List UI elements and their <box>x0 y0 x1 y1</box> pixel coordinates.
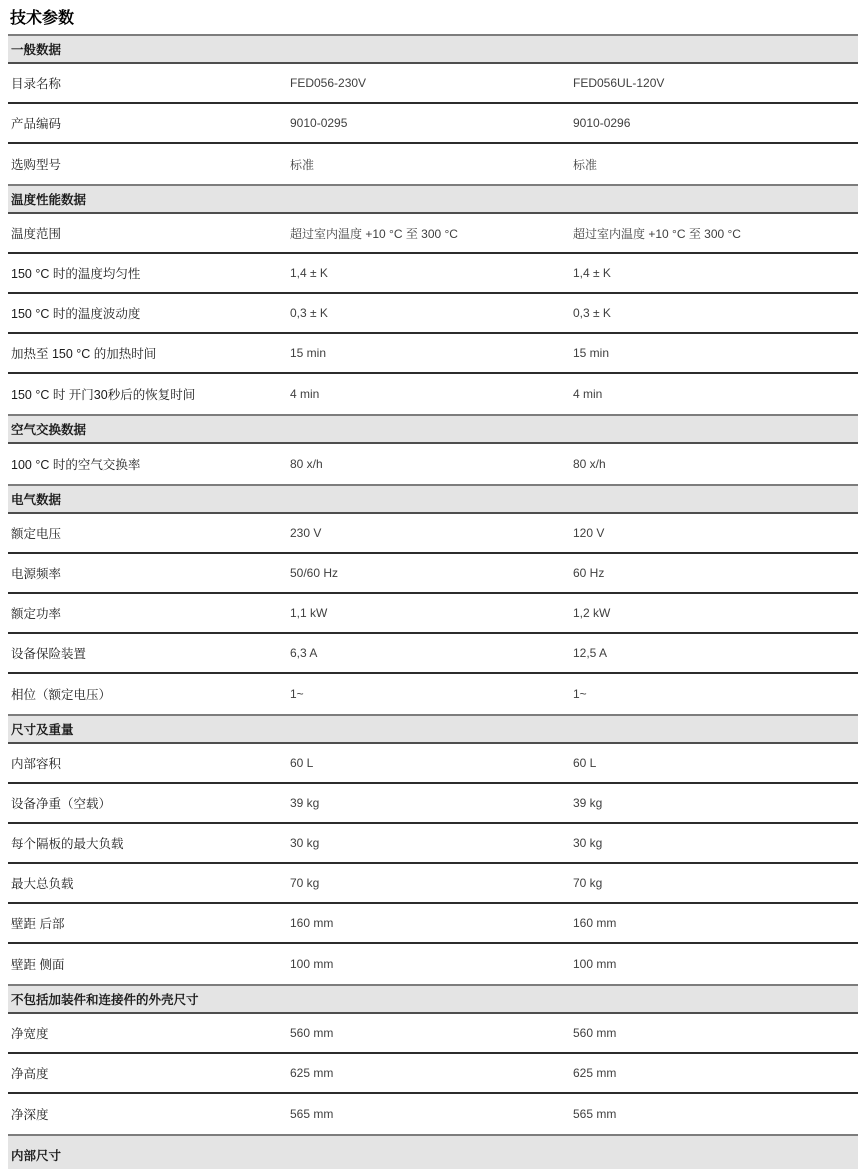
spec-label: 150 °C 时的温度均匀性 <box>8 264 290 282</box>
spec-row: 设备保险装置6,3 A12,5 A <box>8 634 858 674</box>
spec-section: 空气交换数据100 °C 时的空气交换率80 x/h80 x/h <box>8 414 858 484</box>
spec-label: 设备净重（空载） <box>8 794 290 812</box>
section-header: 不包括加装件和连接件的外壳尺寸 <box>8 984 858 1014</box>
spec-value-col2: 120 V <box>573 526 858 540</box>
page-title: 技术参数 <box>8 0 858 28</box>
spec-section: 尺寸及重量内部容积60 L60 L设备净重（空载）39 kg39 kg每个隔板的… <box>8 714 858 984</box>
section-header-label: 温度性能数据 <box>11 190 86 208</box>
spec-row: 电源频率50/60 Hz60 Hz <box>8 554 858 594</box>
section-header: 内部尺寸 <box>8 1134 858 1169</box>
spec-value-col2: 565 mm <box>573 1107 858 1121</box>
spec-value-col1: 标准 <box>290 156 573 173</box>
spec-value-col1: 30 kg <box>290 836 573 850</box>
spec-label: 每个隔板的最大负载 <box>8 834 290 852</box>
section-header: 尺寸及重量 <box>8 714 858 744</box>
spec-row: 150 °C 时的温度均匀性1,4 ± K1,4 ± K <box>8 254 858 294</box>
datasheet-page: 技术参数 一般数据目录名称FED056-230VFED056UL-120V产品编… <box>0 0 866 1169</box>
spec-row: 壁距 侧面100 mm100 mm <box>8 944 858 984</box>
spec-row: 150 °C 时 开门30秒后的恢复时间4 min4 min <box>8 374 858 414</box>
spec-value-col2: 60 Hz <box>573 566 858 580</box>
spec-row: 每个隔板的最大负载30 kg30 kg <box>8 824 858 864</box>
spec-value-col1: 1~ <box>290 687 573 701</box>
spec-row: 100 °C 时的空气交换率80 x/h80 x/h <box>8 444 858 484</box>
spec-value-col1: FED056-230V <box>290 76 573 90</box>
spec-value-col2: 100 mm <box>573 957 858 971</box>
section-header-label: 不包括加装件和连接件的外壳尺寸 <box>11 990 199 1008</box>
spec-label: 150 °C 时的温度波动度 <box>8 304 290 322</box>
spec-row: 加热至 150 °C 的加热时间15 min15 min <box>8 334 858 374</box>
section-header: 电气数据 <box>8 484 858 514</box>
spec-value-col1: 230 V <box>290 526 573 540</box>
spec-value-col1: 39 kg <box>290 796 573 810</box>
spec-value-col2: 9010-0296 <box>573 116 858 130</box>
spec-label: 选购型号 <box>8 155 290 173</box>
spec-value-col2: 560 mm <box>573 1026 858 1040</box>
section-rows: 温度范围超过室内温度 +10 °C 至 300 °C超过室内温度 +10 °C … <box>8 214 858 414</box>
spec-value-col1: 625 mm <box>290 1066 573 1080</box>
spec-row: 额定功率1,1 kW1,2 kW <box>8 594 858 634</box>
spec-row: 内部容积60 L60 L <box>8 744 858 784</box>
spec-label: 额定电压 <box>8 524 290 542</box>
spec-row: 净高度625 mm625 mm <box>8 1054 858 1094</box>
spec-value-col2: 39 kg <box>573 796 858 810</box>
spec-label: 壁距 后部 <box>8 914 290 932</box>
spec-label: 净深度 <box>8 1105 290 1123</box>
spec-value-col2: 70 kg <box>573 876 858 890</box>
spec-label: 产品编码 <box>8 114 290 132</box>
spec-label: 内部容积 <box>8 754 290 772</box>
spec-row: 额定电压230 V120 V <box>8 514 858 554</box>
section-header: 空气交换数据 <box>8 414 858 444</box>
section-rows: 内部容积60 L60 L设备净重（空载）39 kg39 kg每个隔板的最大负载3… <box>8 744 858 984</box>
section-header: 一般数据 <box>8 34 858 64</box>
spec-label: 温度范围 <box>8 224 290 242</box>
spec-row: 设备净重（空载）39 kg39 kg <box>8 784 858 824</box>
section-header-label: 空气交换数据 <box>11 420 86 438</box>
spec-value-col2: 0,3 ± K <box>573 306 858 320</box>
spec-value-col2: 160 mm <box>573 916 858 930</box>
spec-row: 净深度565 mm565 mm <box>8 1094 858 1134</box>
spec-row: 相位（额定电压）1~1~ <box>8 674 858 714</box>
spec-section: 温度性能数据温度范围超过室内温度 +10 °C 至 300 °C超过室内温度 +… <box>8 184 858 414</box>
spec-label: 150 °C 时 开门30秒后的恢复时间 <box>8 385 290 403</box>
spec-value-col1: 15 min <box>290 346 573 360</box>
spec-row: 产品编码9010-02959010-0296 <box>8 104 858 144</box>
spec-value-col2: 1~ <box>573 687 858 701</box>
section-rows: 净宽度560 mm560 mm净高度625 mm625 mm净深度565 mm5… <box>8 1014 858 1134</box>
spec-row: 选购型号标准标准 <box>8 144 858 184</box>
section-header-label: 尺寸及重量 <box>11 720 74 738</box>
section-rows: 100 °C 时的空气交换率80 x/h80 x/h <box>8 444 858 484</box>
spec-value-col1: 4 min <box>290 387 573 401</box>
spec-section: 内部尺寸 <box>8 1134 858 1169</box>
spec-value-col2: 15 min <box>573 346 858 360</box>
spec-value-col1: 1,1 kW <box>290 606 573 620</box>
spec-value-col2: FED056UL-120V <box>573 76 858 90</box>
spec-row: 温度范围超过室内温度 +10 °C 至 300 °C超过室内温度 +10 °C … <box>8 214 858 254</box>
spec-label: 电源频率 <box>8 564 290 582</box>
spec-row: 150 °C 时的温度波动度0,3 ± K0,3 ± K <box>8 294 858 334</box>
section-header-label: 电气数据 <box>11 490 61 508</box>
spec-value-col1: 超过室内温度 +10 °C 至 300 °C <box>290 225 573 242</box>
spec-row: 净宽度560 mm560 mm <box>8 1014 858 1054</box>
spec-value-col1: 560 mm <box>290 1026 573 1040</box>
spec-label: 100 °C 时的空气交换率 <box>8 455 290 473</box>
spec-value-col1: 70 kg <box>290 876 573 890</box>
spec-row: 目录名称FED056-230VFED056UL-120V <box>8 64 858 104</box>
spec-section: 不包括加装件和连接件的外壳尺寸净宽度560 mm560 mm净高度625 mm6… <box>8 984 858 1134</box>
spec-value-col2: 1,4 ± K <box>573 266 858 280</box>
spec-label: 净高度 <box>8 1064 290 1082</box>
spec-value-col1: 565 mm <box>290 1107 573 1121</box>
spec-value-col2: 80 x/h <box>573 457 858 471</box>
spec-value-col2: 12,5 A <box>573 646 858 660</box>
section-rows: 目录名称FED056-230VFED056UL-120V产品编码9010-029… <box>8 64 858 184</box>
spec-label: 目录名称 <box>8 74 290 92</box>
spec-value-col2: 625 mm <box>573 1066 858 1080</box>
spec-value-col1: 0,3 ± K <box>290 306 573 320</box>
section-rows: 额定电压230 V120 V电源频率50/60 Hz60 Hz额定功率1,1 k… <box>8 514 858 714</box>
spec-section: 一般数据目录名称FED056-230VFED056UL-120V产品编码9010… <box>8 34 858 184</box>
spec-label: 加热至 150 °C 的加热时间 <box>8 344 290 362</box>
spec-label: 壁距 侧面 <box>8 955 290 973</box>
spec-value-col2: 60 L <box>573 756 858 770</box>
spec-row: 最大总负载70 kg70 kg <box>8 864 858 904</box>
section-header-label: 内部尺寸 <box>11 1146 61 1164</box>
spec-row: 壁距 后部160 mm160 mm <box>8 904 858 944</box>
spec-value-col1: 60 L <box>290 756 573 770</box>
spec-value-col1: 50/60 Hz <box>290 566 573 580</box>
spec-value-col2: 30 kg <box>573 836 858 850</box>
spec-label: 额定功率 <box>8 604 290 622</box>
spec-value-col1: 6,3 A <box>290 646 573 660</box>
spec-value-col1: 1,4 ± K <box>290 266 573 280</box>
technical-parameters-table: 一般数据目录名称FED056-230VFED056UL-120V产品编码9010… <box>8 34 858 1169</box>
spec-value-col1: 160 mm <box>290 916 573 930</box>
spec-section: 电气数据额定电压230 V120 V电源频率50/60 Hz60 Hz额定功率1… <box>8 484 858 714</box>
spec-value-col2: 标准 <box>573 156 858 173</box>
spec-label: 相位（额定电压） <box>8 685 290 703</box>
spec-value-col2: 4 min <box>573 387 858 401</box>
spec-label: 最大总负载 <box>8 874 290 892</box>
section-header: 温度性能数据 <box>8 184 858 214</box>
spec-value-col1: 80 x/h <box>290 457 573 471</box>
spec-value-col1: 100 mm <box>290 957 573 971</box>
spec-value-col2: 1,2 kW <box>573 606 858 620</box>
section-header-label: 一般数据 <box>11 40 61 58</box>
spec-label: 设备保险装置 <box>8 644 290 662</box>
spec-label: 净宽度 <box>8 1024 290 1042</box>
spec-value-col2: 超过室内温度 +10 °C 至 300 °C <box>573 225 858 242</box>
spec-value-col1: 9010-0295 <box>290 116 573 130</box>
